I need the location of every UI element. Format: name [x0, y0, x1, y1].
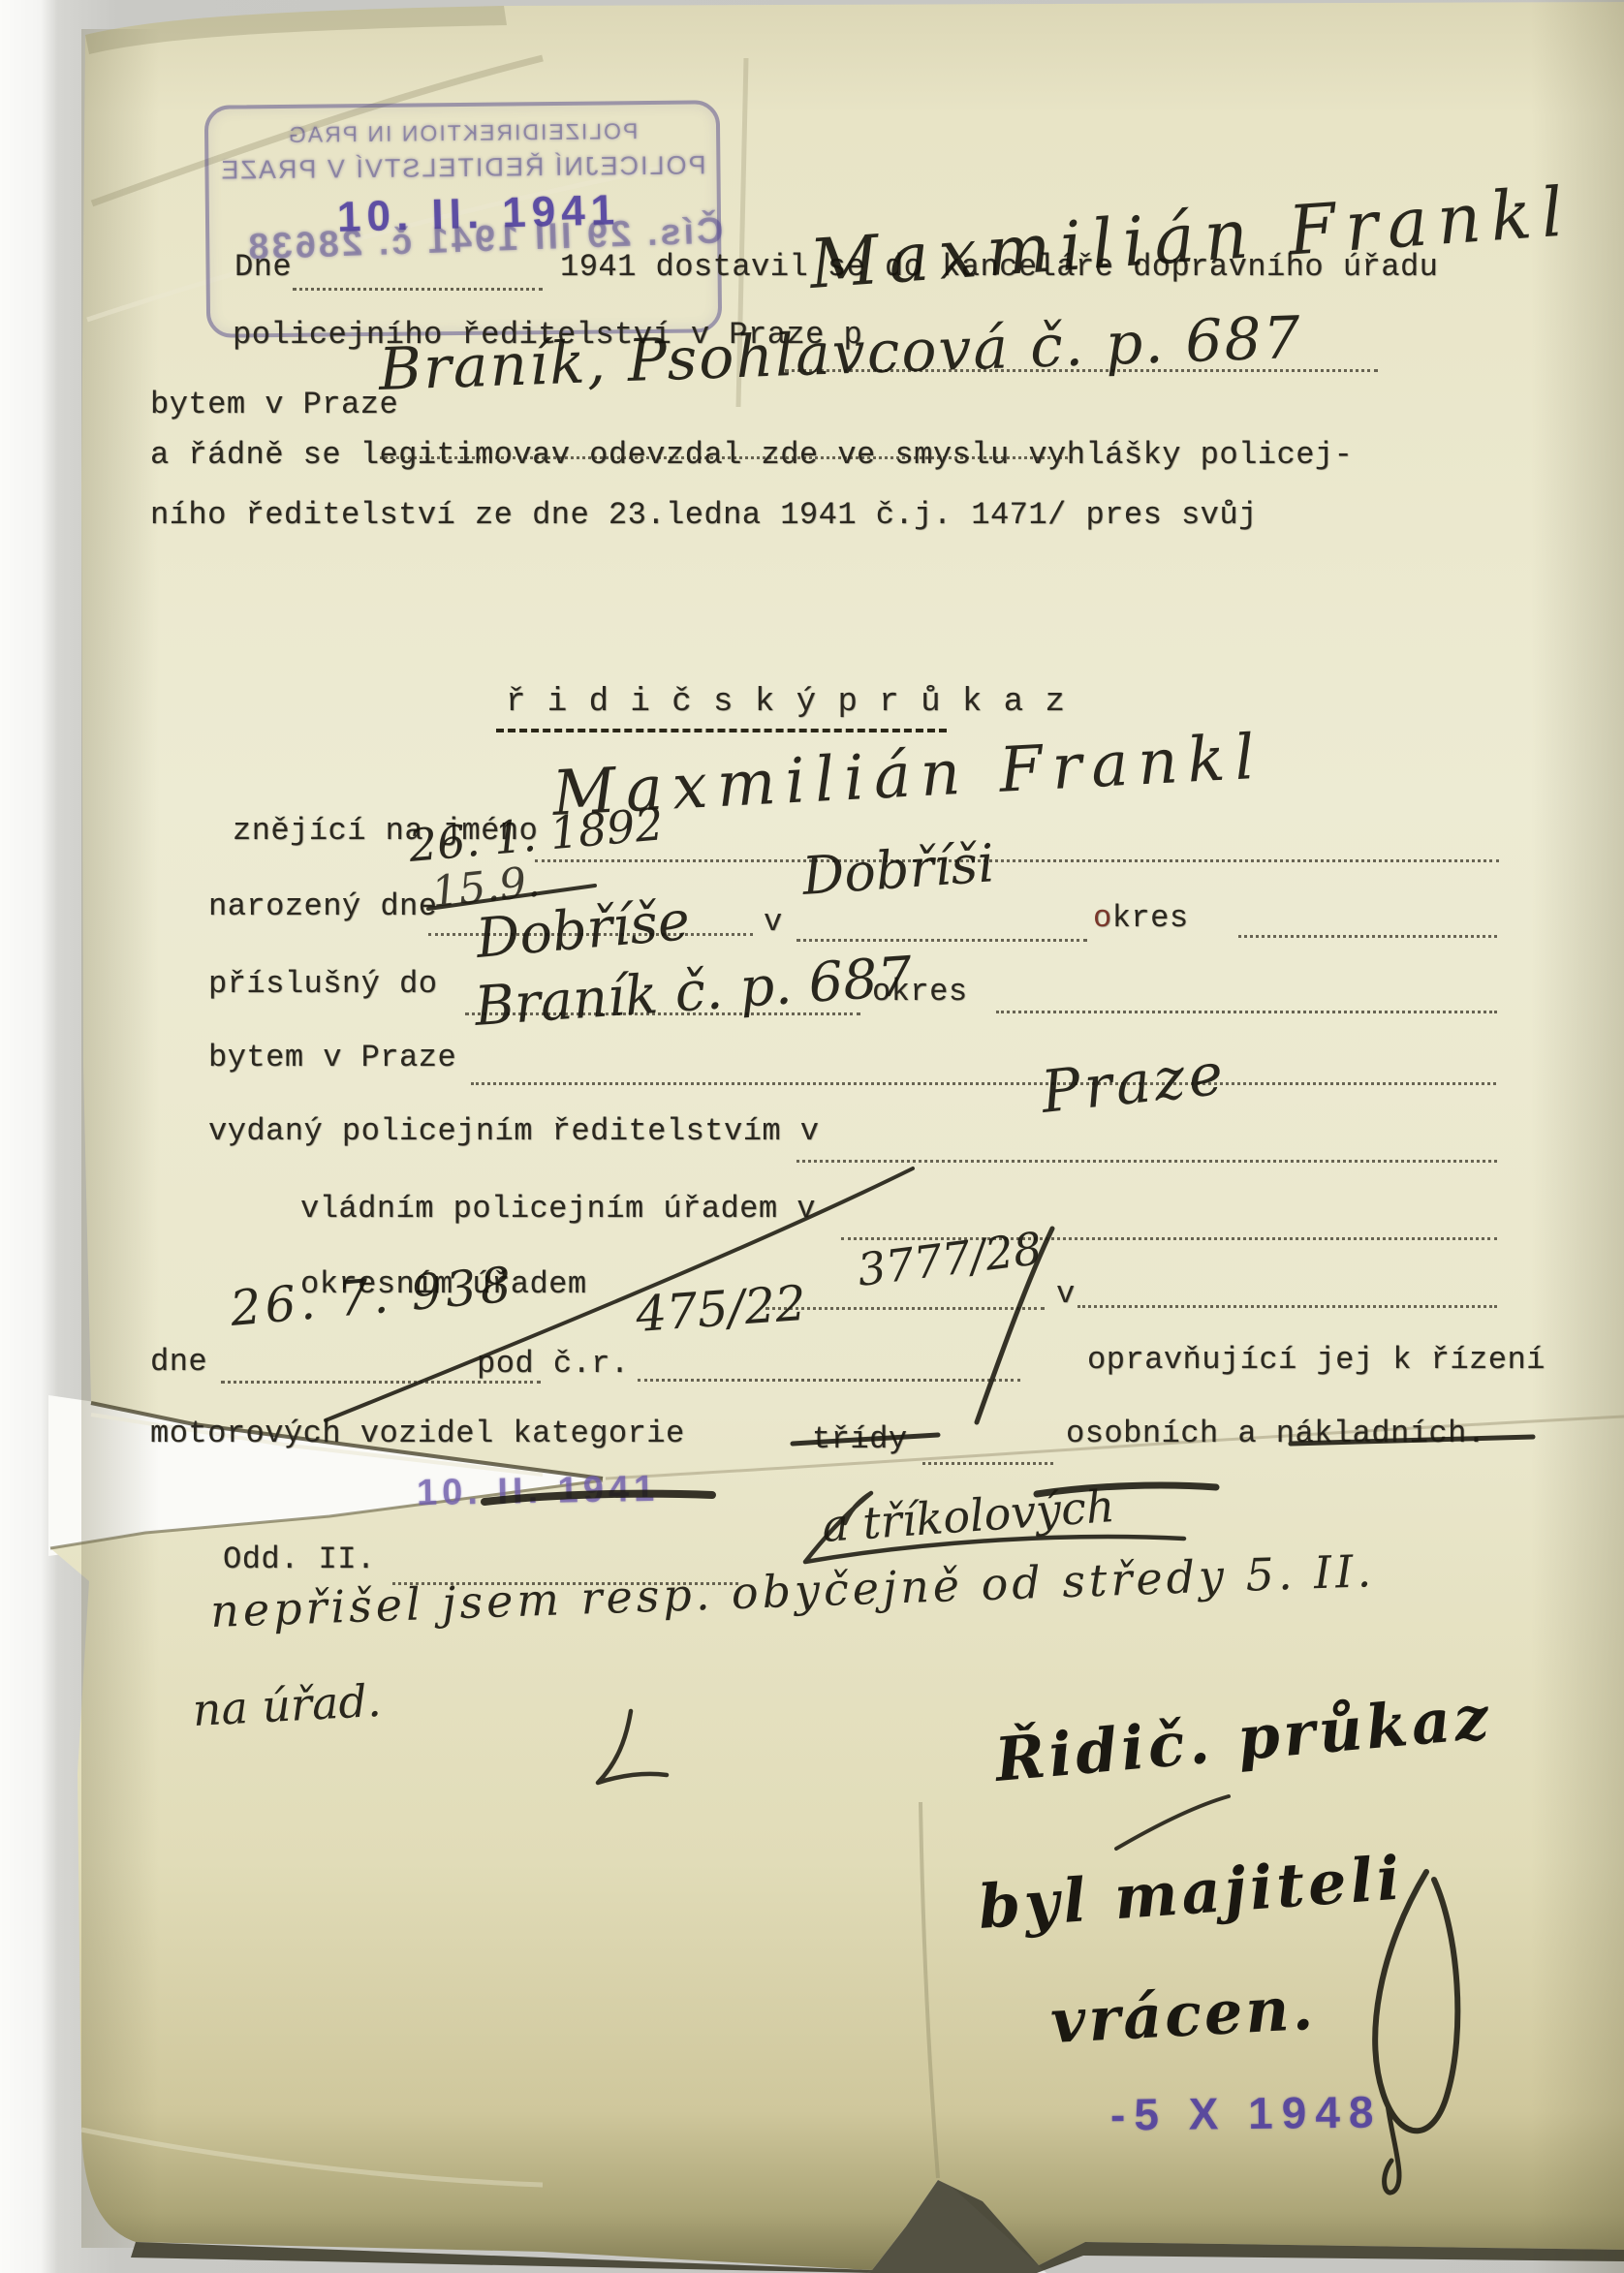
label-number: pod č.r. [477, 1347, 630, 1383]
label-residence: bytem v Praze [208, 1041, 456, 1076]
dotted-line [765, 1304, 1045, 1310]
handwritten-number: 475/22 [635, 1279, 808, 1339]
dotted-line [293, 285, 543, 291]
handwritten-note-line-2: na úřad. [192, 1678, 383, 1732]
intro-line-5: ního ředitelství ze dne 23.ledna 1941 č.… [150, 498, 1258, 534]
label-entitles: opravňující jej k řízení [1087, 1343, 1546, 1379]
left-edge-shadow [81, 29, 159, 2248]
label-v-1: v [764, 905, 783, 941]
label-date: dne [150, 1345, 207, 1381]
label-born: narozený dne [208, 889, 437, 925]
title-underline [496, 725, 947, 732]
intro-line-3-label: bytem v Praze [150, 388, 398, 423]
label-gov-office: vládním policejním úřadem v [300, 1192, 816, 1228]
label-section-2: Odd. II. [223, 1542, 376, 1578]
dotted-line [1238, 932, 1497, 938]
dotted-line [922, 1459, 1053, 1465]
handwritten-closing-3: vrácen. [1049, 1978, 1318, 2052]
handwritten-issue-city: Praze [1039, 1044, 1230, 1122]
label-issued-by: vydaný policejním ředitelstvím v [208, 1114, 820, 1150]
dotted-line [471, 1079, 1496, 1085]
label-domicile: příslušný do [208, 967, 437, 1003]
label-v-2: v [1056, 1277, 1076, 1313]
dotted-line [535, 856, 1499, 862]
label-vehicles: motorových vozidel kategorie [150, 1417, 685, 1452]
right-edge-shadow [1531, 0, 1624, 2273]
scanned-document: POLIZEIDIREKTION IN PRAG POLICEJNÍ ŘEDIT… [0, 0, 1624, 2273]
dotted-line [638, 1376, 1020, 1382]
label-vehicle-types: osobních a nákladních. [1066, 1417, 1485, 1452]
dotted-line [1077, 1302, 1497, 1308]
label-okres-1: okres [1093, 901, 1189, 937]
date-received-stamp-2: 10. II. 1941 [417, 1469, 660, 1514]
stamp-text-german: POLIZEIDIREKTION IN PRAG [208, 117, 716, 148]
stamp-text-czech: POLICEJNÍ ŘEDITELSTVÍ V PRAZE [208, 150, 716, 185]
handwritten-born-place: Dobříši [800, 837, 996, 903]
intro-line-4: a řádně se legitimovav odevzdal zde ve s… [150, 438, 1353, 474]
date-returned-stamp: -5 X 1948 [1110, 2086, 1383, 2141]
document-title: ř i d i č s k ý p r ů k a z [506, 684, 1066, 722]
dotted-line [996, 1008, 1497, 1013]
label-class-crossed: třídy [812, 1422, 908, 1458]
dotted-line [796, 1157, 1497, 1163]
label-dne: Dne [234, 250, 292, 286]
dotted-line [796, 936, 1087, 942]
